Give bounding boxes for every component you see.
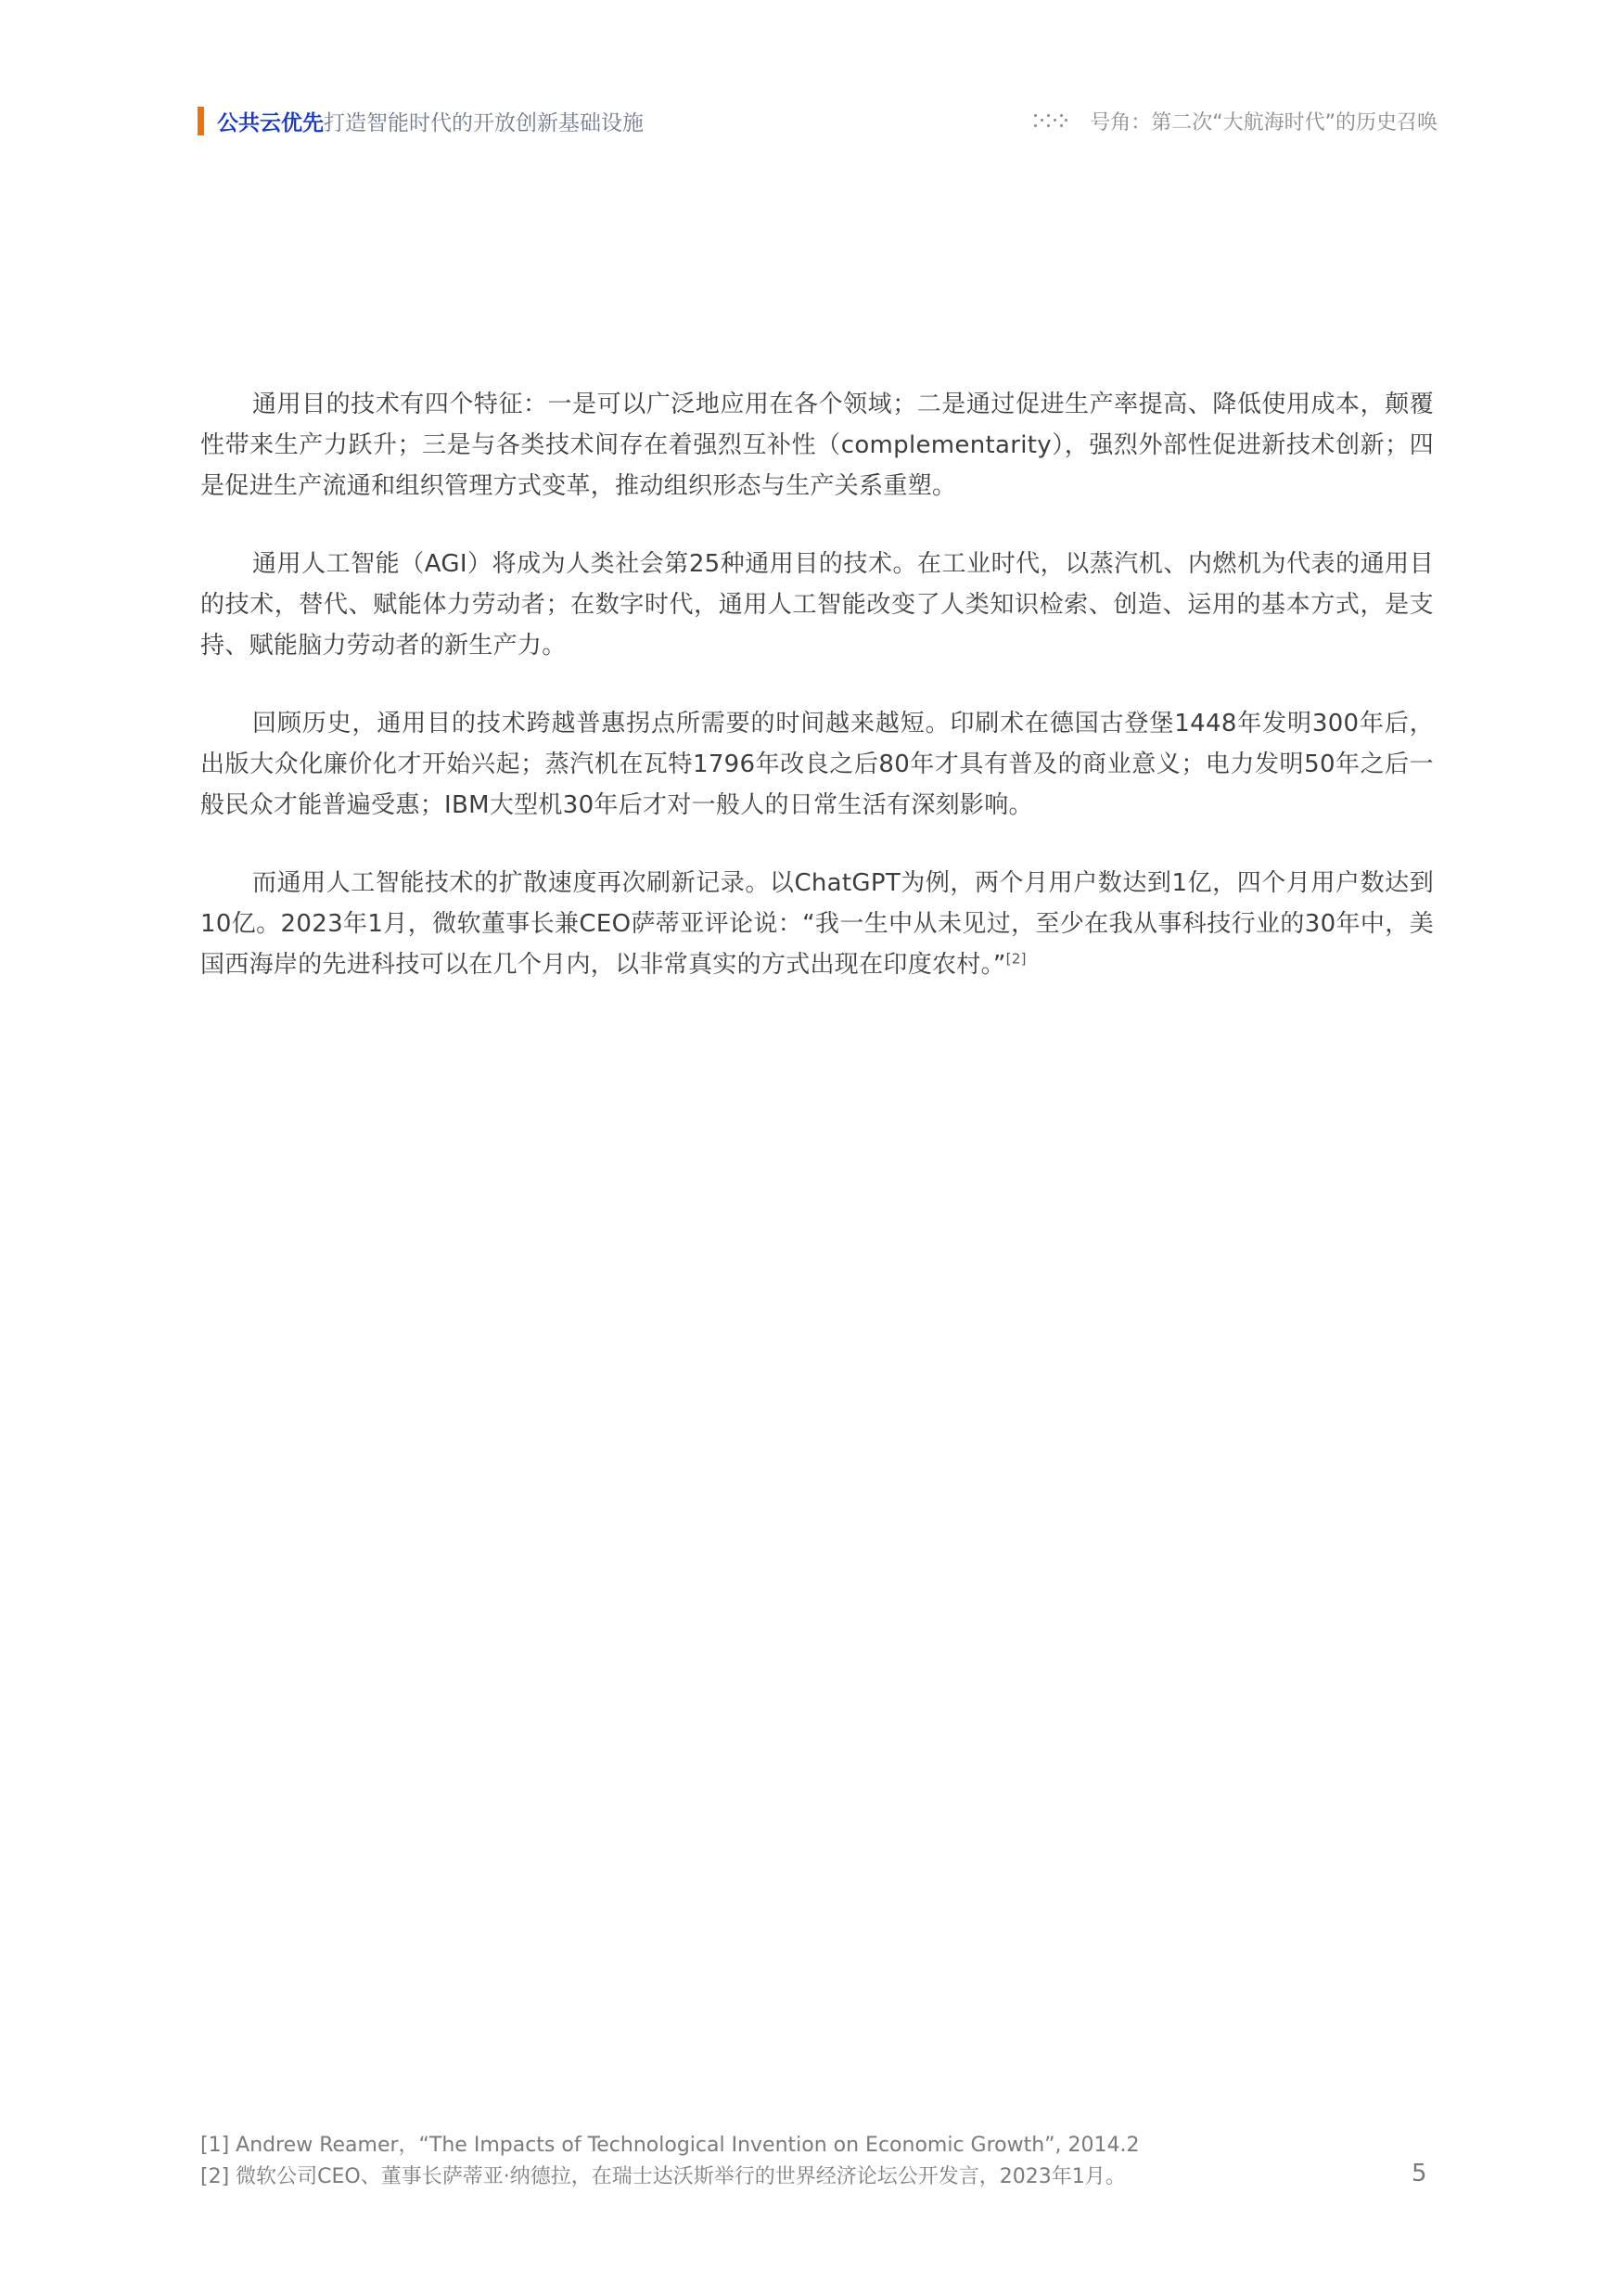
paragraph-text: 通用人工智能（AGI）将成为人类社会第25种通用目的技术。在工业时代，以蒸汽机、… [200,550,1434,660]
footnote-2: [2] 微软公司CEO、董事长萨蒂亚·纳德拉，在瑞士达沃斯举行的世界经济论坛公开… [200,2161,1140,2193]
footnotes: [1] Andrew Reamer，“The Impacts of Techno… [200,2130,1140,2193]
running-header-left: 公共云优先打造智能时代的开放创新基础设施 [198,105,644,136]
report-brand: 公共云优先 [217,111,324,135]
paragraph: 通用人工智能（AGI）将成为人类社会第25种通用目的技术。在工业时代，以蒸汽机、… [200,544,1434,666]
paragraph-text: 通用目的技术有四个特征：一是可以广泛地应用在各个领域；二是通过促进生产率提高、降… [200,391,1434,500]
paragraph-text: 而通用人工智能技术的扩散速度再次刷新记录。以ChatGPT为例，两个月用户数达到… [200,869,1434,979]
paragraph: 回顾历史，通用目的技术跨越普惠拐点所需要的时间越来越短。印刷术在德国古登堡144… [200,703,1434,826]
paragraph-text: 回顾历史，通用目的技术跨越普惠拐点所需要的时间越来越短。印刷术在德国古登堡144… [200,710,1434,819]
running-header-right: 号角：第二次“大航海时代”的历史召唤 [1034,105,1438,136]
accent-bar [198,107,204,135]
report-title: 公共云优先打造智能时代的开放创新基础设施 [217,106,644,136]
footnote-1: [1] Andrew Reamer，“The Impacts of Techno… [200,2130,1140,2161]
body-text: 通用目的技术有四个特征：一是可以广泛地应用在各个领域；二是通过促进生产率提高、降… [200,384,1434,1022]
section-title: 号角：第二次“大航海时代”的历史召唤 [1090,107,1438,135]
paragraph: 通用目的技术有四个特征：一是可以广泛地应用在各个领域；二是通过促进生产率提高、降… [200,384,1434,507]
page-number: 5 [1412,2160,1427,2187]
dots-arrow-icon [1034,111,1066,130]
footnote-reference[interactable]: [2] [1006,950,1027,967]
paragraph: 而通用人工智能技术的扩散速度再次刷新记录。以ChatGPT为例，两个月用户数达到… [200,863,1434,985]
report-subtitle: 打造智能时代的开放创新基础设施 [324,111,644,135]
